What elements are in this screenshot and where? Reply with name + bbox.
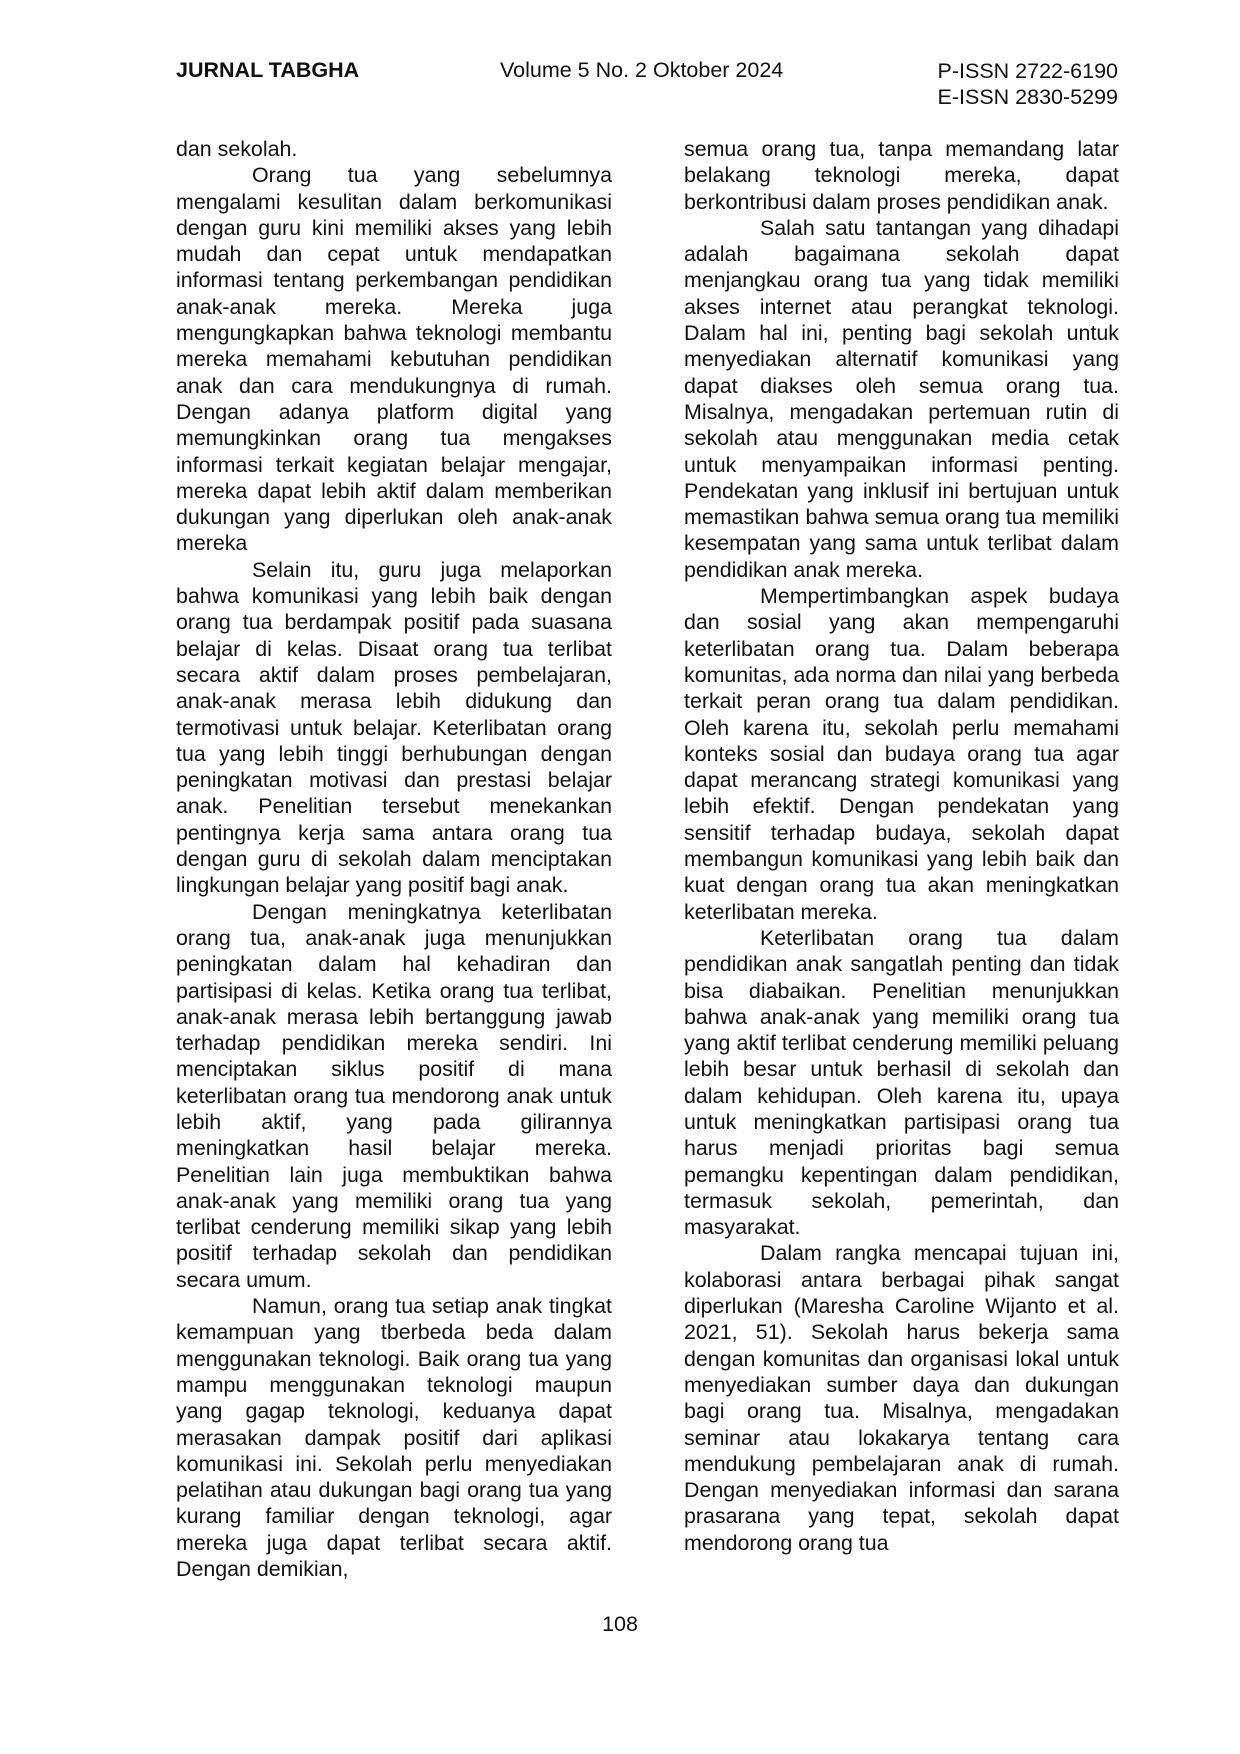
page-number: 108 xyxy=(0,1612,1240,1637)
paragraph: Selain itu, guru juga melaporkan bahwa k… xyxy=(176,557,612,899)
right-column: semua orang tua, tanpa memandang latar b… xyxy=(684,136,1119,1556)
journal-name: JURNAL TABGHA xyxy=(176,58,359,83)
paragraph: Dengan meningkatnya keterlibatan orang t… xyxy=(176,899,612,1293)
paragraph: Mempertimbangkan aspek budaya dan sosial… xyxy=(684,583,1119,925)
paragraph: Namun, orang tua setiap anak tingkat kem… xyxy=(176,1293,612,1582)
paragraph: Orang tua yang sebelumnya mengalami kesu… xyxy=(176,162,612,556)
paragraph: semua orang tua, tanpa memandang latar b… xyxy=(684,136,1119,215)
paragraph: Keterlibatan orang tua dalam pendidikan … xyxy=(684,925,1119,1241)
left-column: dan sekolah. Orang tua yang sebelumnya m… xyxy=(176,136,612,1582)
paragraph: Salah satu tantangan yang dihadapi adala… xyxy=(684,215,1119,583)
paragraph: Dalam rangka mencapai tujuan ini, kolabo… xyxy=(684,1240,1119,1556)
running-header: JURNAL TABGHA Volume 5 No. 2 Oktober 202… xyxy=(176,58,1118,118)
e-issn: E-ISSN 2830-5299 xyxy=(938,84,1118,110)
p-issn: P-ISSN 2722-6190 xyxy=(938,58,1118,84)
issn-block: P-ISSN 2722-6190 E-ISSN 2830-5299 xyxy=(938,58,1118,110)
volume-issue: Volume 5 No. 2 Oktober 2024 xyxy=(500,58,783,83)
paragraph: dan sekolah. xyxy=(176,136,612,162)
